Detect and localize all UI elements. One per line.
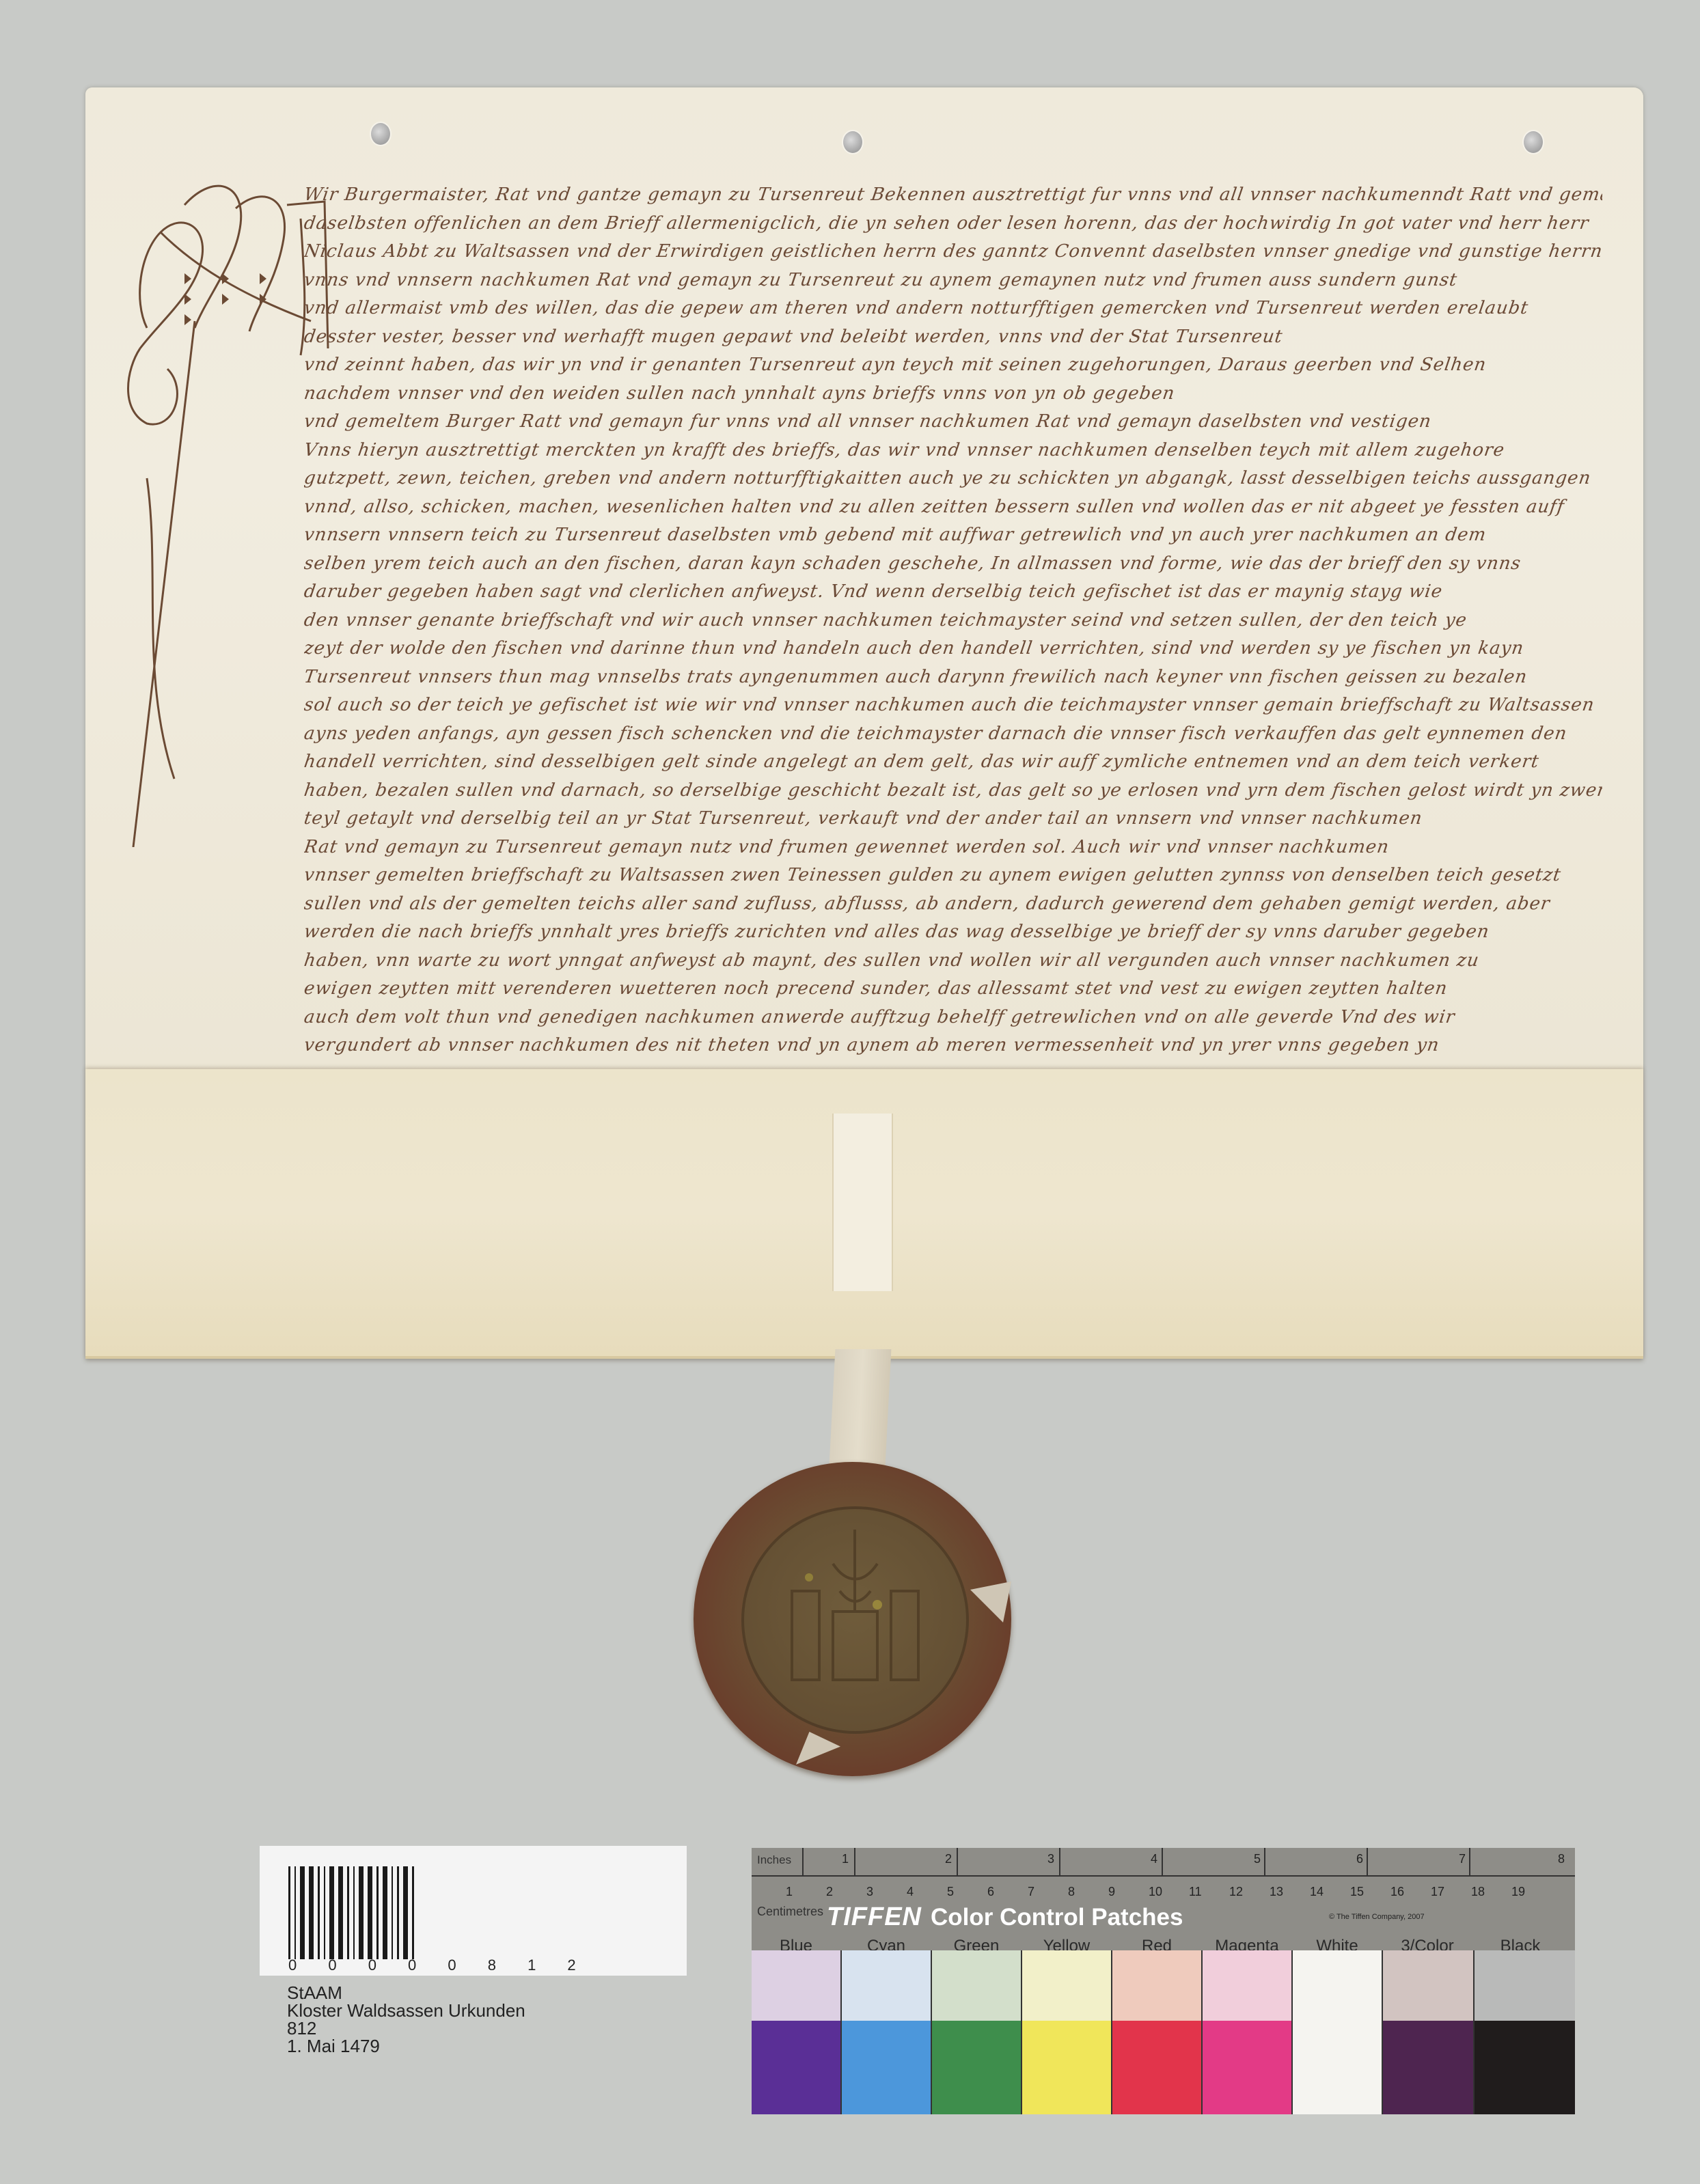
cm-mark: 2 xyxy=(826,1885,833,1899)
patch-red-dark xyxy=(1112,2021,1203,2114)
text-line: gutzpett, zewn, teichen, greben vnd ande… xyxy=(304,465,1602,493)
cm-mark: 1 xyxy=(786,1885,793,1899)
patch-magenta-dark xyxy=(1203,2021,1293,2114)
cm-mark: 3 xyxy=(866,1885,873,1899)
tiffen-logo: TIFFEN xyxy=(827,1903,922,1932)
color-control-strip: Inches 1 2 3 4 5 6 7 8 1 2 3 4 5 6 7 8 9… xyxy=(752,1848,1575,2114)
text-line: vnnser gemelten brieffschaft zu Waltsass… xyxy=(304,861,1602,890)
strap-end-right xyxy=(970,1581,1011,1622)
attachment-hole-center xyxy=(842,130,864,154)
text-line: vnnd, allso, schicken, machen, wesenlich… xyxy=(304,493,1602,522)
text-line: Vnns hieryn ausztrettigt merckten yn kra… xyxy=(304,437,1602,465)
cm-mark: 19 xyxy=(1511,1885,1525,1899)
wax-seal xyxy=(694,1462,1011,1776)
text-line: nachdem vnnser vnd den weiden sullen nac… xyxy=(304,380,1602,409)
text-line: Niclaus Abbt zu Waltsassen vnd der Erwir… xyxy=(304,238,1602,266)
text-line: Tursenreut vnnsers thun mag vnnselbs tra… xyxy=(304,663,1602,692)
collection-name: Kloster Waldsassen Urkunden xyxy=(287,2000,525,2021)
patch-green-light xyxy=(932,1950,1022,2021)
ruler-centimetres: 1 2 3 4 5 6 7 8 9 10 11 12 13 14 15 16 1… xyxy=(752,1875,1575,1903)
inch-mark: 1 xyxy=(842,1852,849,1866)
text-line: vergundert ab vnnser nachkumen des nit t… xyxy=(304,1032,1602,1055)
cm-mark: 5 xyxy=(947,1885,954,1899)
strap-end-bottom xyxy=(796,1732,840,1765)
text-line: Wir Burgermaister, Rat vnd gantze gemayn… xyxy=(304,181,1602,210)
ruler-cm-label: Centimetres xyxy=(757,1905,823,1919)
text-line: haben, vnn warte zu wort ynngat anfweyst… xyxy=(304,947,1602,976)
cm-mark: 14 xyxy=(1310,1885,1324,1899)
cm-mark: 6 xyxy=(987,1885,994,1899)
patch-3color-dark xyxy=(1383,2021,1475,2114)
text-line: ayns yeden anfangs, ayn gessen fisch sch… xyxy=(304,720,1602,749)
copyright: © The Tiffen Company, 2007 xyxy=(1329,1913,1425,1921)
inch-mark: 8 xyxy=(1558,1852,1565,1866)
cm-mark: 7 xyxy=(1028,1885,1034,1899)
patch-white xyxy=(1293,1950,1383,2114)
text-line: daselbsten offenlichen an dem Brieff all… xyxy=(304,210,1602,238)
cm-mark: 8 xyxy=(1068,1885,1075,1899)
seal-impression xyxy=(741,1506,969,1734)
barcode-number: 0 0 0 0 0 8 1 2 xyxy=(288,1957,590,1974)
text-line: haben, bezalen sullen vnd darnach, so de… xyxy=(304,777,1602,805)
cm-mark: 12 xyxy=(1229,1885,1243,1899)
text-line: vnd gemeltem Burger Ratt vnd gemayn fur … xyxy=(304,408,1602,437)
seal-strap-slot xyxy=(832,1114,893,1291)
patch-black-light xyxy=(1475,1950,1575,2021)
document-date: 1. Mai 1479 xyxy=(287,2036,380,2057)
patch-magenta-light xyxy=(1203,1950,1293,2021)
text-line: handell verrichten, sind desselbigen gel… xyxy=(304,748,1602,777)
text-line: zeyt der wolde den fischen vnd darinne t… xyxy=(304,635,1602,663)
patch-black-dark xyxy=(1475,2021,1575,2114)
cm-mark: 4 xyxy=(907,1885,914,1899)
ruler-inches: Inches 1 2 3 4 5 6 7 8 xyxy=(752,1848,1575,1877)
inch-mark: 5 xyxy=(1254,1852,1261,1866)
text-line: selben yrem teich auch an den fischen, d… xyxy=(304,550,1602,579)
inch-mark: 2 xyxy=(945,1852,952,1866)
text-line: sullen vnd als der gemelten teichs aller… xyxy=(304,890,1602,919)
patch-cyan-light xyxy=(842,1950,932,2021)
inch-mark: 6 xyxy=(1356,1852,1363,1866)
patch-cyan-dark xyxy=(842,2021,932,2114)
text-line: Rat vnd gemayn zu Tursenreut gemayn nutz… xyxy=(304,833,1602,862)
barcode xyxy=(288,1866,418,1959)
text-line: vnd zeinnt haben, das wir yn vnd ir gena… xyxy=(304,351,1602,380)
seal-figure-icon xyxy=(744,1509,966,1731)
inch-mark: 4 xyxy=(1151,1852,1157,1866)
text-line: teyl getaylt vnd derselbig teil an yr St… xyxy=(304,805,1602,833)
cm-mark: 17 xyxy=(1431,1885,1444,1899)
attachment-hole-right xyxy=(1522,130,1544,154)
text-line: daruber gegeben haben sagt vnd clerliche… xyxy=(304,578,1602,607)
inch-mark: 7 xyxy=(1459,1852,1466,1866)
cm-mark: 18 xyxy=(1471,1885,1485,1899)
patch-yellow-light xyxy=(1022,1950,1112,2021)
ruler-inches-label: Inches xyxy=(757,1853,791,1867)
attachment-hole-left xyxy=(370,122,392,146)
cm-mark: 16 xyxy=(1390,1885,1404,1899)
cm-mark: 15 xyxy=(1350,1885,1364,1899)
cm-mark: 11 xyxy=(1189,1885,1202,1899)
charter-text: Wir Burgermaister, Rat vnd gantze gemayn… xyxy=(304,181,1602,1055)
cm-mark: 9 xyxy=(1108,1885,1115,1899)
text-line: vnnsern vnnsern teich zu Tursenreut dase… xyxy=(304,521,1602,550)
patch-red-light xyxy=(1112,1950,1203,2021)
patch-blue-light xyxy=(752,1950,842,2021)
cm-mark: 10 xyxy=(1149,1885,1162,1899)
text-line: den vnnser genante brieffschaft vnd wir … xyxy=(304,607,1602,635)
text-line: werden die nach brieffs ynnhalt yres bri… xyxy=(304,918,1602,947)
text-line: vnd allermaist vmb des willen, das die g… xyxy=(304,294,1602,323)
cm-mark: 13 xyxy=(1270,1885,1283,1899)
patch-yellow-dark xyxy=(1022,2021,1112,2114)
text-line: desster vester, besser vnd werhafft muge… xyxy=(304,323,1602,352)
seal-strap xyxy=(830,1349,892,1465)
inch-mark: 3 xyxy=(1047,1852,1054,1866)
archive-label: 0 0 0 0 0 8 1 2 xyxy=(260,1846,687,1976)
text-line: sol auch so der teich ye gefischet ist w… xyxy=(304,691,1602,720)
patch-green-dark xyxy=(932,2021,1022,2114)
text-line: ewigen zeytten mitt verenderen wuetteren… xyxy=(304,975,1602,1004)
strip-title: Color Control Patches xyxy=(931,1904,1183,1931)
patch-3color-light xyxy=(1383,1950,1475,2021)
text-line: auch dem volt thun vnd genedigen nachkum… xyxy=(304,1004,1602,1032)
text-line: vnns vnd vnnsern nachkumen Rat vnd gemay… xyxy=(304,266,1602,295)
patch-blue-dark xyxy=(752,2021,842,2114)
